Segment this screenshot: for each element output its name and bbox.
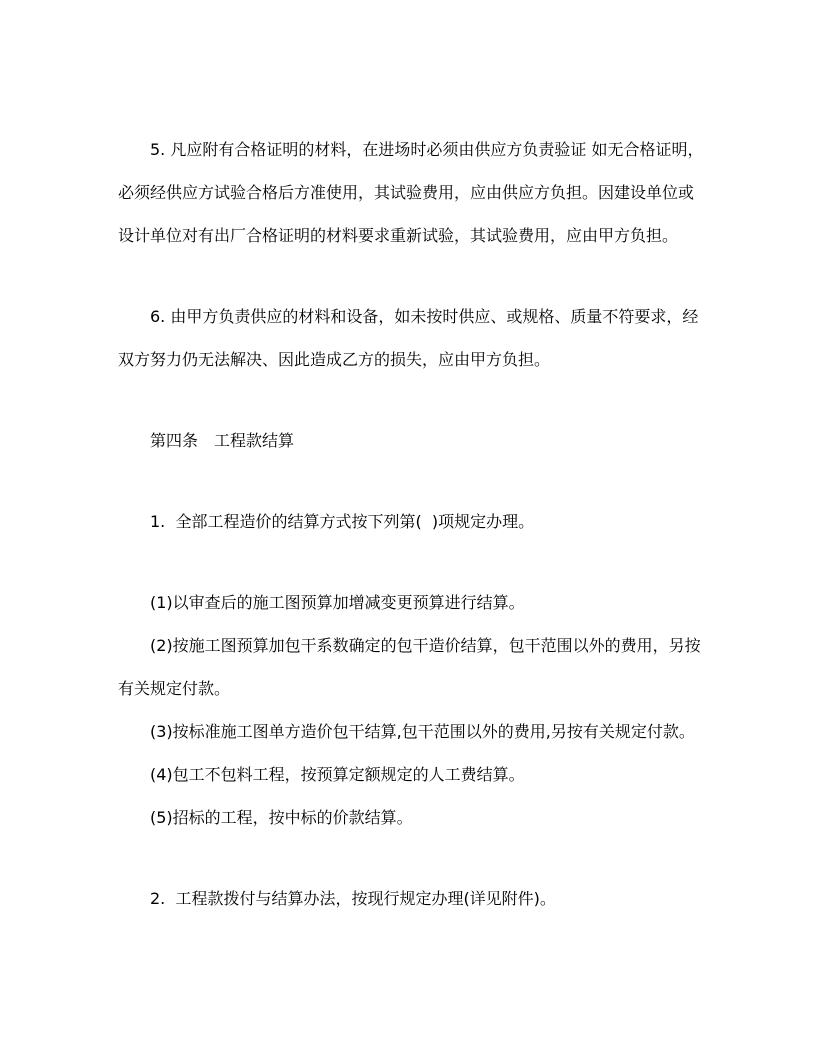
subitem-4: (4)包工不包料工程，按预算定额规定的人工费结算。 <box>118 753 780 796</box>
clause-5-line-3: 设计单位对有出厂合格证明的材料要求重新试验，其试验费用，应由甲方负担。 <box>118 214 780 257</box>
clause-6-line-1: 6. 由甲方负责供应的材料和设备，如未按时供应、或规格、质量不符要求，经 <box>118 295 780 338</box>
subitem-2-line-1: (2)按施工图预算加包干系数确定的包干造价结算，包干范围以外的费用，另按 <box>118 624 780 667</box>
subitem-3: (3)按标准施工图单方造价包干结算,包干范围以外的费用,另按有关规定付款。 <box>118 710 780 753</box>
subitem-2-line-2: 有关规定付款。 <box>118 667 780 710</box>
subitem-1: (1)以审查后的施工图预算加增减变更预算进行结算。 <box>118 581 780 624</box>
clause-6-line-2: 双方努力仍无法解决、因此造成乙方的损失，应由甲方负担。 <box>118 338 780 381</box>
item-1-line-1: 1. 全部工程造价的结算方式按下列第( )项规定办理。 <box>118 500 780 543</box>
clause-5-line-1: 5. 凡应附有合格证明的材料，在进场时必须由供应方负责验证 如无合格证明， <box>118 128 780 171</box>
section-heading-clause-4: 第四条 工程款结算 <box>118 419 780 462</box>
clause-5-line-2: 必须经供应方试验合格后方准使用，其试验费用，应由供应方负担。因建设单位或 <box>118 171 780 214</box>
subitem-5: (5)招标的工程，按中标的价款结算。 <box>118 796 780 839</box>
document-page: 5. 凡应附有合格证明的材料，在进场时必须由供应方负责验证 如无合格证明，必须经… <box>0 0 816 1056</box>
document-content: 5. 凡应附有合格证明的材料，在进场时必须由供应方负责验证 如无合格证明，必须经… <box>118 128 780 920</box>
item-2: 2. 工程款拨付与结算办法，按现行规定办理(详见附件)。 <box>118 877 780 920</box>
